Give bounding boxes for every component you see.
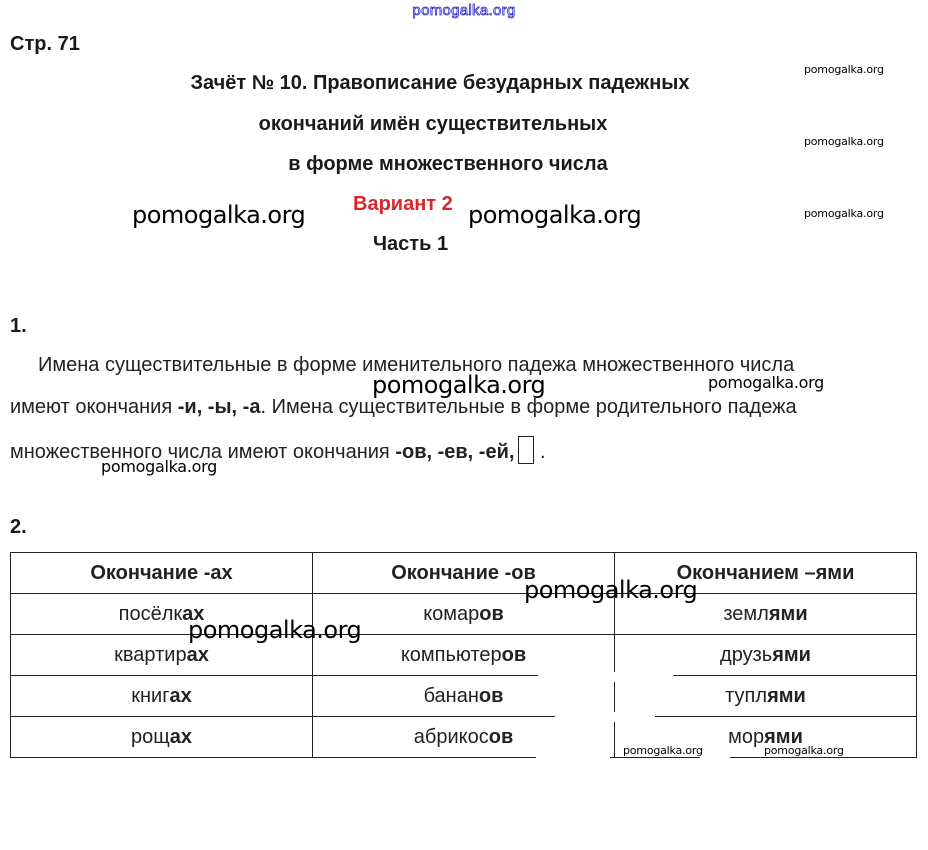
- scan-artifact: [536, 755, 610, 763]
- header-ending-ah: Окончание -ах: [11, 553, 313, 594]
- title-line-2: окончаний имён существительных: [0, 113, 866, 136]
- word-ending: ями: [772, 644, 811, 666]
- task-1-line-2-prefix: имеют окончания: [10, 396, 178, 418]
- watermark-table-left: pomogalka.org: [188, 616, 361, 644]
- title-line-3: в форме множественного числа: [0, 153, 896, 176]
- task-1-line-2-suffix: . Имена существительные в форме родитель…: [260, 396, 796, 418]
- watermark-side-1: pomogalka.org: [804, 63, 884, 76]
- watermark-top: pomogalka.org: [0, 2, 928, 19]
- word-ending: ах: [170, 726, 192, 748]
- task-1-line-3: множественного числа имеют окончания -ов…: [10, 436, 546, 464]
- empty-answer-box-icon: [518, 436, 534, 464]
- word-stem: рощ: [131, 726, 170, 748]
- variant-label: Вариант 2: [353, 193, 453, 216]
- table-row: квартирахкомпьютеровдрузьями: [11, 635, 917, 676]
- table-row: книгахбанановтуплями: [11, 676, 917, 717]
- word-ending: ями: [767, 685, 806, 707]
- word-stem: книг: [131, 685, 169, 707]
- scan-artifact: [538, 672, 673, 682]
- task-1-line-2: имеют окончания -и, -ы, -а. Имена сущест…: [10, 396, 797, 419]
- watermark-big-left: pomogalka.org: [132, 201, 305, 229]
- task-1-genitive-endings: -ов, -ев, -ей,: [395, 441, 514, 463]
- title-line-1: Зачёт № 10. Правописание безударных паде…: [0, 72, 880, 95]
- word-stem: банан: [424, 685, 479, 707]
- word-ending: ах: [187, 644, 209, 666]
- table-cell: друзьями: [615, 635, 917, 676]
- table-cell: рощах: [11, 717, 313, 758]
- task-1-nominative-endings: -и, -ы, -а: [178, 396, 261, 418]
- word-ending: ями: [769, 603, 808, 625]
- table-row: посёлкахкомаровземлями: [11, 594, 917, 635]
- word-stem: мор: [728, 726, 764, 748]
- watermark-side-3: pomogalka.org: [804, 207, 884, 220]
- watermark-task1-big: pomogalka.org: [372, 371, 545, 399]
- word-stem: тупл: [725, 685, 767, 707]
- word-stem: комар: [423, 603, 479, 625]
- page-number: Стр. 71: [10, 33, 80, 56]
- watermark-table-right: pomogalka.org: [524, 576, 697, 604]
- word-stem: абрикос: [414, 726, 489, 748]
- watermark-task1-mid: pomogalka.org: [708, 373, 824, 392]
- task-1-number: 1.: [10, 315, 27, 338]
- table-cell: книгах: [11, 676, 313, 717]
- word-ending: ах: [170, 685, 192, 707]
- task-2-number: 2.: [10, 516, 27, 539]
- watermark-table-bottom-1: pomogalka.org: [623, 744, 703, 757]
- word-ending: ов: [502, 644, 527, 666]
- watermark-table-bottom-2: pomogalka.org: [764, 744, 844, 757]
- word-ending: ов: [479, 603, 504, 625]
- word-ending: ов: [479, 685, 504, 707]
- endings-table: Окончание -ах Окончание -ов Окончанием –…: [10, 552, 917, 758]
- word-ending: ов: [489, 726, 514, 748]
- word-stem: посёлк: [119, 603, 183, 625]
- watermark-side-2: pomogalka.org: [804, 135, 884, 148]
- table-cell: абрикосов: [313, 717, 615, 758]
- word-stem: друзь: [720, 644, 772, 666]
- part-label: Часть 1: [373, 233, 448, 256]
- word-stem: квартир: [114, 644, 186, 666]
- word-stem: компьютер: [401, 644, 502, 666]
- task-1-line-3-suffix: .: [540, 441, 546, 463]
- watermark-task1-low: pomogalka.org: [101, 457, 217, 476]
- table-header-row: Окончание -ах Окончание -ов Окончанием –…: [11, 553, 917, 594]
- word-stem: земл: [723, 603, 769, 625]
- scan-artifact: [555, 712, 655, 722]
- scan-artifact: [700, 755, 730, 763]
- watermark-big-right: pomogalka.org: [468, 201, 641, 229]
